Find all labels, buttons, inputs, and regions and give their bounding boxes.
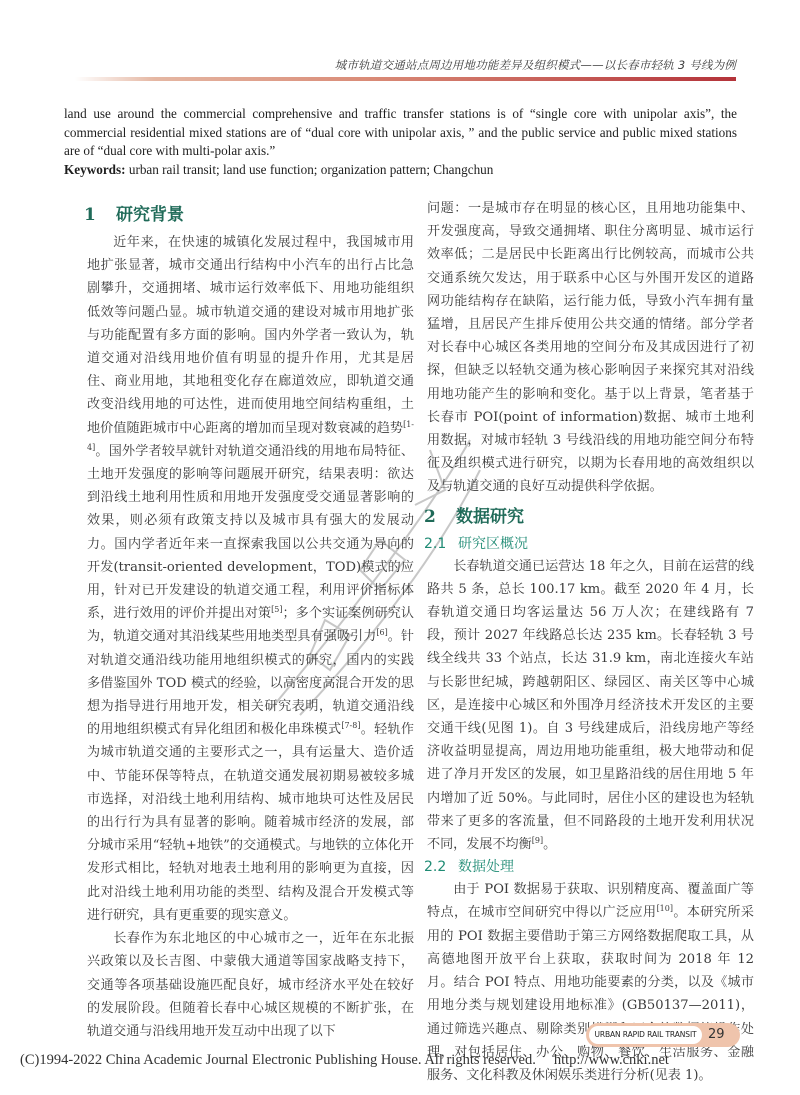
section-2-1-paragraph: 长春轨道交通已运营达 18 年之久，目前在运营的线路共 5 条，总长 100.1… xyxy=(427,555,754,857)
section-1-number: 1 xyxy=(84,201,116,229)
section-2-heading: 2数据研究 xyxy=(424,503,754,531)
section-2-2-heading: 2.2数据处理 xyxy=(424,856,754,878)
copyright-text: (C)1994-2022 China Academic Journal Elec… xyxy=(20,1052,536,1068)
cnki-link[interactable]: http://www.cnki.net xyxy=(554,1052,669,1068)
keywords-label: Keywords: xyxy=(64,162,126,177)
section-1-paragraph-1: 近年来，在快速的城镇化发展过程中，我国城市用地扩张显著，城市交通出行结构中小汽车… xyxy=(87,231,414,927)
section-2-1-heading: 2.1研究区概况 xyxy=(424,533,754,555)
header-rule xyxy=(75,77,736,81)
citation-ref: [7-8] xyxy=(341,721,360,730)
section-1-paragraph-2: 长春作为东北地区的中心城市之一，近年在东北振兴政策以及长吉图、中蒙俄大通道等国家… xyxy=(87,927,414,1043)
running-title: 城市轨道交通站点周边用地功能差异及组织模式——以长春市轻轨 3 号线为例 xyxy=(335,57,736,73)
section-1-title: 研究背景 xyxy=(116,205,184,225)
citation-ref: [9] xyxy=(532,836,543,845)
journal-name: URBAN RAPID RAIL TRANSIT xyxy=(589,1026,702,1044)
copyright-line: (C)1994-2022 China Academic Journal Elec… xyxy=(20,1052,669,1069)
section-2-2-title: 数据处理 xyxy=(458,859,514,875)
section-2-title: 数据研究 xyxy=(456,507,524,527)
abstract-text: land use around the commercial comprehen… xyxy=(64,105,737,161)
journal-page-badge: URBAN RAPID RAIL TRANSIT 29 xyxy=(586,1023,740,1047)
section-2-1-number: 2.1 xyxy=(424,533,458,555)
keywords-line: Keywords: urban rail transit; land use f… xyxy=(64,161,737,180)
abstract-block: land use around the commercial comprehen… xyxy=(64,105,737,179)
page-number: 29 xyxy=(708,1023,725,1047)
section-2-number: 2 xyxy=(424,503,456,531)
citation-ref: [6] xyxy=(376,628,387,637)
section-1-heading: 1研究背景 xyxy=(84,201,414,229)
section-1-paragraph-2-continued: 问题：一是城市存在明显的核心区，且用地功能集中、开发强度高，导致交通拥堵、职住分… xyxy=(427,197,754,499)
keywords-text: urban rail transit; land use function; o… xyxy=(129,162,494,177)
running-header: 城市轨道交通站点周边用地功能差异及组织模式——以长春市轻轨 3 号线为例 xyxy=(0,0,800,90)
citation-ref: [5] xyxy=(271,605,282,614)
section-2-1-title: 研究区概况 xyxy=(458,536,528,552)
section-2-2-number: 2.2 xyxy=(424,856,458,878)
citation-ref: [10] xyxy=(657,904,673,913)
left-column: 1研究背景 近年来，在快速的城镇化发展过程中，我国城市用地扩张显著，城市交通出行… xyxy=(87,197,414,1043)
right-column: 问题：一是城市存在明显的核心区，且用地功能集中、开发强度高，导致交通拥堵、职住分… xyxy=(427,197,754,1087)
